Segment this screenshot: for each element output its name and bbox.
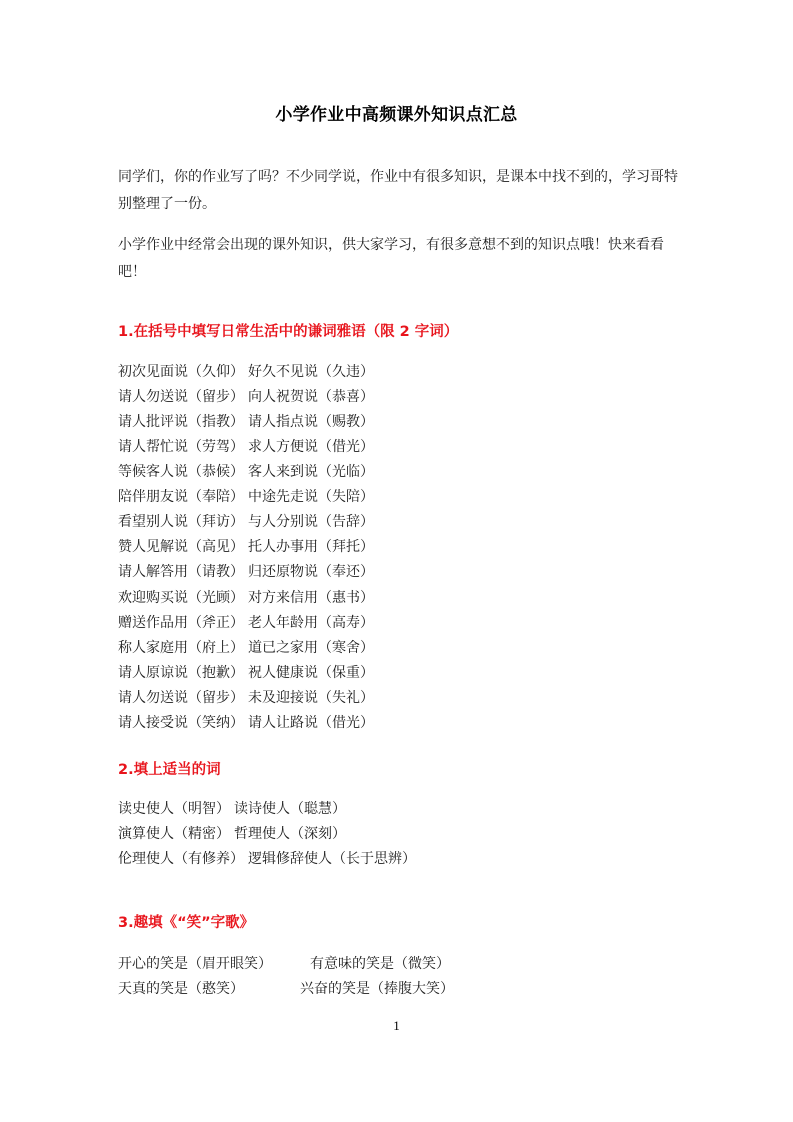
list-item-left: 赞人见解说（高见） (118, 535, 244, 560)
list-item-left: 欢迎购买说（光顾） (118, 586, 244, 611)
list-item-left: 请人勿送说（留步） (118, 385, 244, 410)
list-item-right: 向人祝贺说（恭喜） (248, 385, 374, 410)
intro-paragraph-2: 小学作业中经常会出现的课外知识，供大家学习，有很多意想不到的知识点哦！快来看看吧… (118, 232, 678, 286)
list-item: 请人原谅说（抱歉）祝人健康说（保重） (118, 661, 374, 686)
list-item: 陪伴朋友说（奉陪）中途先走说（失陪） (118, 485, 374, 510)
list-item-right: 逻辑修辞使人（长于思辨） (248, 847, 416, 872)
document-page: 小学作业中高频课外知识点汇总 同学们，你的作业写了吗？不少同学说，作业中有很多知… (0, 0, 793, 1122)
list-item-left: 开心的笑是（眉开眼笑） (118, 952, 310, 977)
list-item: 天真的笑是（憨笑）兴奋的笑是（捧腹大笑） (118, 977, 454, 1002)
list-item: 请人解答用（请教）归还原物说（奉还） (118, 560, 374, 585)
list-item-right: 老人年龄用（高寿） (248, 611, 374, 636)
list-item-right: 读诗使人（聪慧） (234, 797, 346, 822)
list-item-right: 道已之家用（寒舍） (248, 636, 374, 661)
list-item: 请人勿送说（留步）未及迎接说（失礼） (118, 686, 374, 711)
list-item-right: 托人办事用（拜托） (248, 535, 374, 560)
list-item-left: 请人接受说（笑纳） (118, 711, 244, 736)
list-item-right: 求人方便说（借光） (248, 435, 374, 460)
document-title: 小学作业中高频课外知识点汇总 (0, 100, 793, 125)
list-item-right: 客人来到说（光临） (248, 460, 374, 485)
list-item-right: 请人让路说（借光） (248, 711, 374, 736)
list-item-left: 演算使人（精密） (118, 822, 230, 847)
list-item-right: 请人指点说（赐教） (248, 410, 374, 435)
list-item-left: 赠送作品用（斧正） (118, 611, 244, 636)
list-item-left: 看望别人说（拜访） (118, 510, 244, 535)
list-item-right: 中途先走说（失陪） (248, 485, 374, 510)
list-item: 赞人见解说（高见）托人办事用（拜托） (118, 535, 374, 560)
list-item-right: 祝人健康说（保重） (248, 661, 374, 686)
list-item: 请人勿送说（留步）向人祝贺说（恭喜） (118, 385, 374, 410)
list-item-left: 请人批评说（指教） (118, 410, 244, 435)
list-item-left: 等候客人说（恭候） (118, 460, 244, 485)
list-item-left: 请人解答用（请教） (118, 560, 244, 585)
list-item-right: 与人分别说（告辞） (248, 510, 374, 535)
list-item: 赠送作品用（斧正）老人年龄用（高寿） (118, 611, 374, 636)
list-item-right: 归还原物说（奉还） (248, 560, 374, 585)
list-item: 请人接受说（笑纳）请人让路说（借光） (118, 711, 374, 736)
list-item: 开心的笑是（眉开眼笑）有意味的笑是（微笑） (118, 952, 450, 977)
list-item-right: 哲理使人（深刻） (234, 822, 346, 847)
list-item-left: 请人帮忙说（劳驾） (118, 435, 244, 460)
list-item-left: 读史使人（明智） (118, 797, 230, 822)
list-item-right: 对方来信用（惠书） (248, 586, 374, 611)
section-heading-2: 2.填上适当的词 (118, 758, 221, 779)
list-item: 伦理使人（有修养）逻辑修辞使人（长于思辨） (118, 847, 416, 872)
list-item: 等候客人说（恭候）客人来到说（光临） (118, 460, 374, 485)
list-item-right: 好久不见说（久违） (248, 360, 374, 385)
list-item-left: 伦理使人（有修养） (118, 847, 244, 872)
section-heading-3: 3.趣填《“笑”字歌》 (118, 911, 254, 932)
list-item-right: 有意味的笑是（微笑） (310, 952, 450, 977)
list-item: 称人家庭用（府上）道已之家用（寒舍） (118, 636, 374, 661)
intro-paragraph-1: 同学们，你的作业写了吗？不少同学说，作业中有很多知识，是课本中找不到的，学习哥特… (118, 164, 678, 218)
page-number: 1 (0, 1018, 793, 1034)
list-item: 请人批评说（指教）请人指点说（赐教） (118, 410, 374, 435)
list-item: 请人帮忙说（劳驾）求人方便说（借光） (118, 435, 374, 460)
list-item-left: 天真的笑是（憨笑） (118, 977, 300, 1002)
list-item-left: 请人原谅说（抱歉） (118, 661, 244, 686)
list-item: 看望别人说（拜访）与人分别说（告辞） (118, 510, 374, 535)
list-item: 读史使人（明智）读诗使人（聪慧） (118, 797, 346, 822)
list-item-left: 请人勿送说（留步） (118, 686, 244, 711)
list-item-left: 陪伴朋友说（奉陪） (118, 485, 244, 510)
list-item: 欢迎购买说（光顾）对方来信用（惠书） (118, 586, 374, 611)
list-item-right: 未及迎接说（失礼） (248, 686, 374, 711)
list-item-left: 称人家庭用（府上） (118, 636, 244, 661)
section-heading-1: 1.在括号中填写日常生活中的谦词雅语（限 2 字词） (118, 320, 458, 341)
list-item-left: 初次见面说（久仰） (118, 360, 244, 385)
list-item-right: 兴奋的笑是（捧腹大笑） (300, 977, 454, 1002)
list-item: 演算使人（精密）哲理使人（深刻） (118, 822, 346, 847)
list-item: 初次见面说（久仰）好久不见说（久违） (118, 360, 374, 385)
